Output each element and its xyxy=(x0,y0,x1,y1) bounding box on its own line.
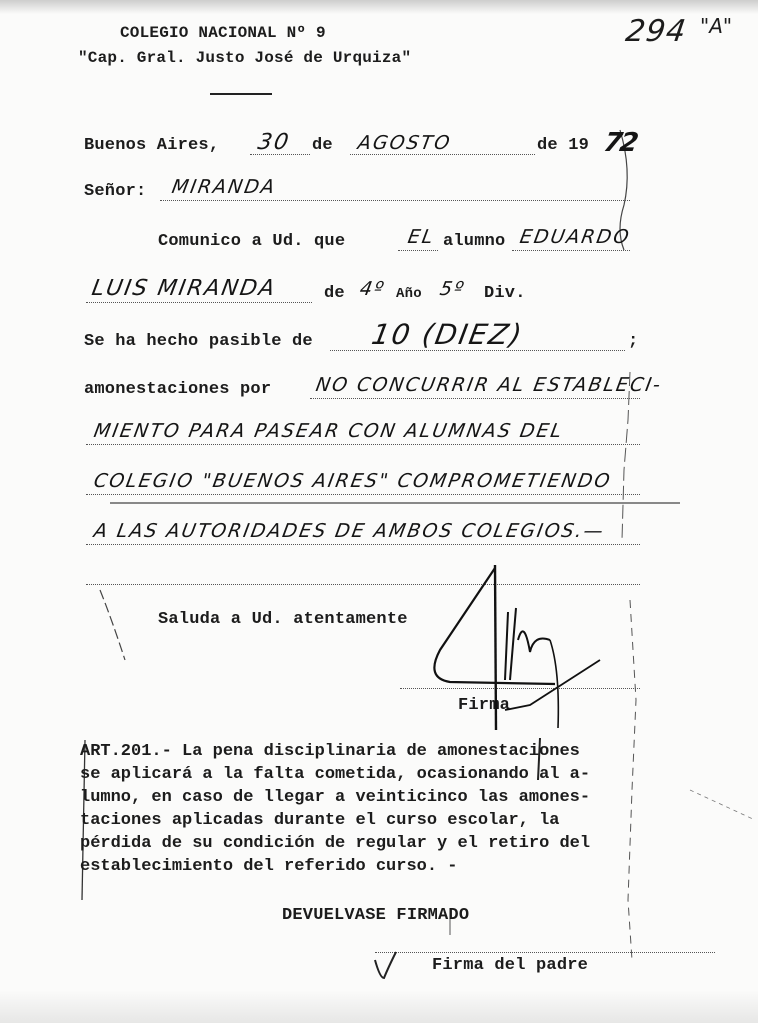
grade-of-label: de xyxy=(324,284,345,303)
date-day: 30 xyxy=(256,130,292,155)
regulation-line: establecimiento del referido curso. - xyxy=(80,855,720,878)
regulation-line: se aplicará a la falta cometida, ocasion… xyxy=(80,763,720,786)
student-article: EL xyxy=(406,226,436,248)
reason-line-4: A LAS AUTORIDADES DE AMBOS COLEGIOS.— xyxy=(92,520,607,542)
crease-line xyxy=(110,502,680,504)
article-field-line xyxy=(398,250,438,251)
count-field-line xyxy=(330,350,625,351)
division-value: 5º xyxy=(438,278,467,300)
count-end: ; xyxy=(628,332,638,351)
reason-field-line-1 xyxy=(310,398,640,399)
reason-line-2: MIENTO PARA PASEAR CON ALUMNAS DEL xyxy=(92,420,565,442)
addressee-name: MIRANDA xyxy=(170,176,278,198)
year-value: 4º xyxy=(358,278,387,300)
regulation-article: ART.201.- La pena disciplinaria de amone… xyxy=(80,740,720,878)
salutation: Saluda a Ud. atentamente xyxy=(158,610,408,629)
day-field-line xyxy=(250,154,310,155)
archive-number: 294 xyxy=(624,14,689,49)
student-label: alumno xyxy=(443,232,505,251)
liable-label: Se ha hecho pasible de xyxy=(84,332,313,351)
city-label: Buenos Aires, xyxy=(84,136,219,155)
reason-field-line-4 xyxy=(86,544,640,545)
addressee-label: Señor: xyxy=(84,182,146,201)
division-label: Div. xyxy=(484,284,526,303)
student-first-name: EDUARDO xyxy=(518,226,632,248)
archive-suffix: "A" xyxy=(700,14,732,38)
year-suffix: 72 xyxy=(601,128,638,158)
month-field-line xyxy=(350,154,535,155)
check-mark-icon xyxy=(372,948,402,982)
parent-signature-line xyxy=(375,952,715,953)
return-notice: DEVUELVASE FIRMADO xyxy=(282,906,469,925)
school-name: COLEGIO NACIONAL Nº 9 xyxy=(120,24,326,42)
reason-line-1: NO CONCURRIR AL ESTABLECI- xyxy=(314,374,664,396)
school-patron: "Cap. Gral. Justo José de Urquiza" xyxy=(78,49,411,67)
regulation-line: pérdida de su condición de regular y el … xyxy=(80,832,720,855)
scan-smudge-top xyxy=(0,0,758,14)
first-name-field-line xyxy=(512,250,630,251)
student-surname: LUIS MIRANDA xyxy=(90,276,278,301)
date-month: AGOSTO xyxy=(356,132,453,154)
sanction-count: 10 (DIEZ) xyxy=(369,318,526,351)
header-divider xyxy=(210,93,272,95)
regulation-line: ART.201.- La pena disciplinaria de amone… xyxy=(80,740,720,763)
signature-scrawl xyxy=(410,560,610,735)
reason-field-line-2 xyxy=(86,444,640,445)
year-label: de 19 xyxy=(537,136,589,155)
regulation-line: taciones aplicadas durante el curso esco… xyxy=(80,809,720,832)
surname-field-line xyxy=(86,302,312,303)
scan-smudge-bottom xyxy=(0,990,758,1023)
reason-line-3: COLEGIO "BUENOS AIRES" COMPROMETIENDO xyxy=(92,470,613,492)
reason-label: amonestaciones por xyxy=(84,380,271,399)
regulation-line: lumno, en caso de llegar a veinticinco l… xyxy=(80,786,720,809)
reason-field-line-3 xyxy=(86,494,640,495)
date-of-label: de xyxy=(312,136,333,155)
parent-signature-label: Firma del padre xyxy=(432,956,588,975)
year-label-text: Año xyxy=(396,286,422,302)
intro-text: Comunico a Ud. que xyxy=(158,232,345,251)
addressee-field-line xyxy=(160,200,630,201)
